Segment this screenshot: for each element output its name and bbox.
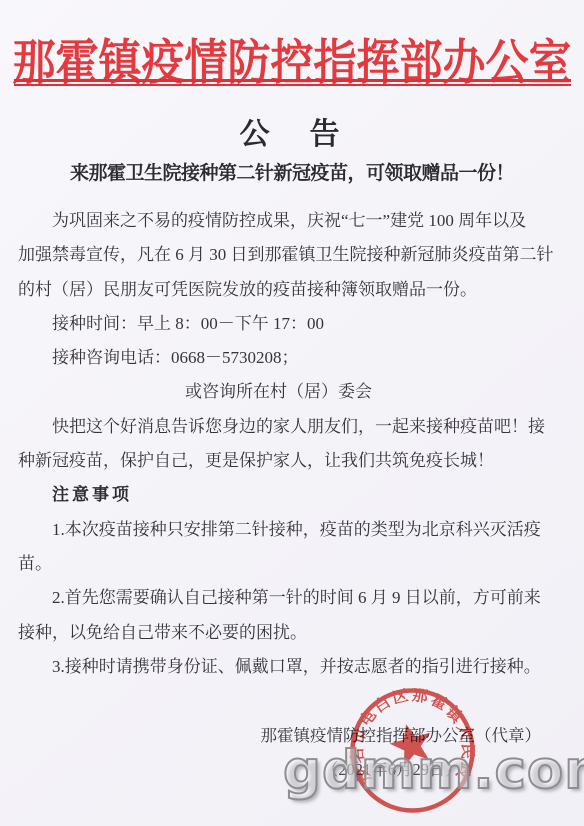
phone-line: 接种咨询电话：0668－5730208； — [18, 341, 567, 375]
body-line: 加强禁毒宣传，凡在 6 月 30 日到那霍镇卫生院接种新冠肺炎疫苗第二针 — [18, 238, 567, 272]
notes-heading: 注意事项 — [18, 478, 567, 512]
note-item-2: 2.首先您需要确认自己接种第一针的时间 6 月 9 日以前，方可前来 — [18, 581, 567, 615]
note-item-1: 1.本次疫苗接种只安排第二针接种，疫苗的类型为北京科兴灭活疫 — [18, 513, 567, 547]
letterhead-rule-thin — [14, 84, 571, 86]
body-line: 种新冠疫苗，保护自己，更是保护家人，让我们共筑免疫长城！ — [18, 444, 567, 478]
scanned-notice-page: 那霍镇疫情防控指挥部办公室 公 告 来那霍卫生院接种第二针新冠疫苗，可领取赠品一… — [0, 0, 584, 826]
note-item-1-cont: 苗。 — [18, 547, 567, 581]
body-line: 的村（居）民朋友可凭医院发放的疫苗接种簿领取赠品一份。 — [18, 273, 567, 307]
watermark-text: gdmm.com — [283, 740, 584, 801]
committee-line: 或咨询所在村（居）委会 — [4, 375, 553, 409]
vaccination-time-line: 接种时间：早上 8：00－下午 17：00 — [18, 307, 567, 341]
note-item-3: 3.接种时请携带身份证、佩戴口罩，并按志愿者的指引进行接种。 — [18, 650, 567, 684]
notice-body: 为巩固来之不易的疫情防控成果，庆祝“七一”建党 100 周年以及 加强禁毒宣传，… — [18, 204, 567, 788]
body-line: 为巩固来之不易的疫情防控成果，庆祝“七一”建党 100 周年以及 — [18, 204, 567, 238]
note-item-2-cont: 接种，以免给自己带来不必要的困扰。 — [18, 616, 567, 650]
notice-title: 公 告 — [0, 109, 584, 153]
notice-subtitle: 来那霍卫生院接种第二针新冠疫苗，可领取赠品一份！ — [0, 158, 584, 185]
body-line: 快把这个好消息告诉您身边的家人朋友们，一起来接种疫苗吧！接 — [18, 410, 567, 444]
letterhead-rule-thick — [14, 79, 571, 82]
